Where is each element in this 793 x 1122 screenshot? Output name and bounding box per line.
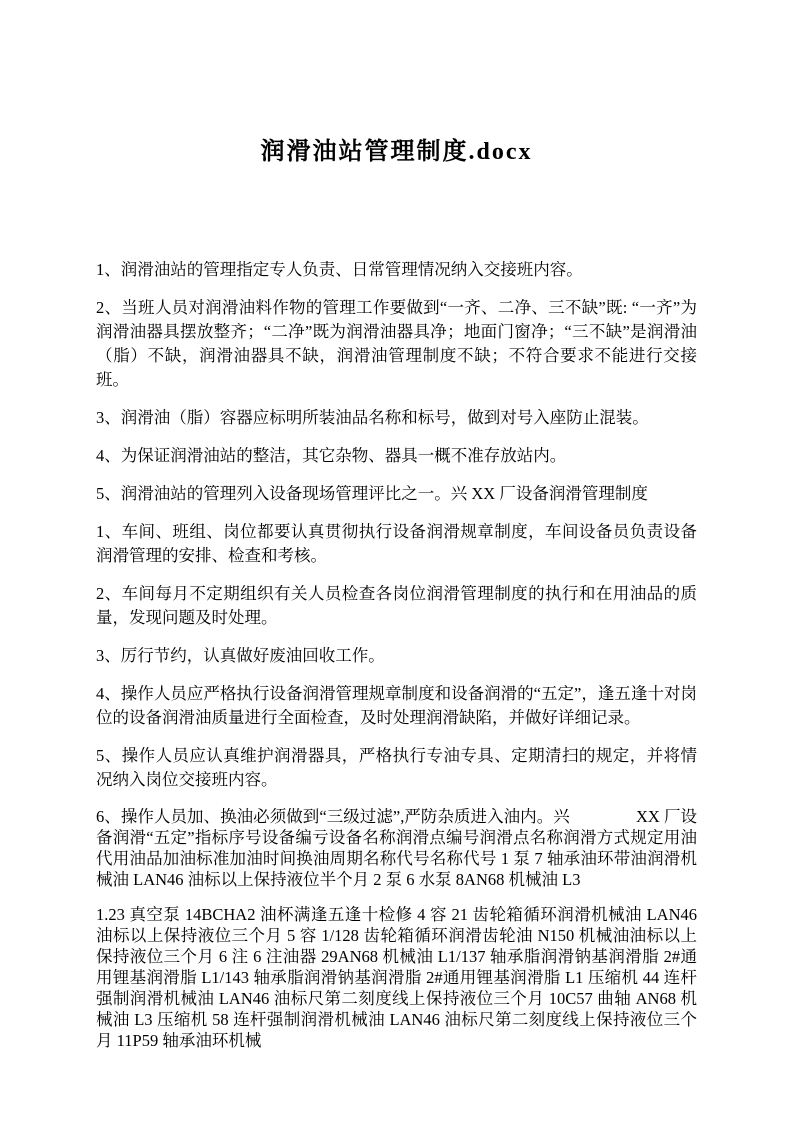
paragraph-3: 3、润滑油（脂）容器应标明所装油品名称和标号，做到对号入座防止混装。: [96, 406, 697, 430]
paragraph-6: 1、车间、班组、岗位都要认真贯彻执行设备润滑规章制度，车间设备员负责设备润滑管理…: [96, 520, 697, 568]
paragraph-1: 1、润滑油站的管理指定专人负责、日常管理情况纳入交接班内容。: [96, 258, 697, 282]
paragraph-5: 5、润滑油站的管理列入设备现场管理评比之一。兴 XX 厂设备润滑管理制度: [96, 482, 697, 506]
paragraph-9: 4、操作人员应严格执行设备润滑管理规章制度和设备润滑的“五定”，逢五逢十对岗位的…: [96, 682, 697, 730]
paragraph-7: 2、车间每月不定期组织有关人员检查各岗位润滑管理制度的执行和在用油品的质量，发现…: [96, 582, 697, 630]
document-page: 润滑油站管理制度.docx 1、润滑油站的管理指定专人负责、日常管理情况纳入交接…: [0, 0, 793, 1122]
document-title: 润滑油站管理制度.docx: [96, 134, 697, 170]
paragraph-12: 1.23 真空泵 14BCHA2 油杯满逢五逢十检修 4 容 21 齿轮箱循环润…: [96, 904, 697, 1051]
paragraph-2: 2、当班人员对润滑油料作物的管理工作要做到“一齐、二净、三不缺”既: “一齐”为…: [96, 296, 697, 392]
paragraph-8: 3、厉行节约，认真做好废油回收工作。: [96, 644, 697, 668]
paragraph-10: 5、操作人员应认真维护润滑器具，严格执行专油专具、定期清扫的规定，并将情况纳入岗…: [96, 744, 697, 792]
paragraph-4: 4、为保证润滑油站的整洁，其它杂物、器具一概不准存放站内。: [96, 444, 697, 468]
paragraph-11: 6、操作人员加、换油必须做到“三级过滤”,严防杂质进入油内。兴 XX 厂设备润滑…: [96, 806, 697, 890]
